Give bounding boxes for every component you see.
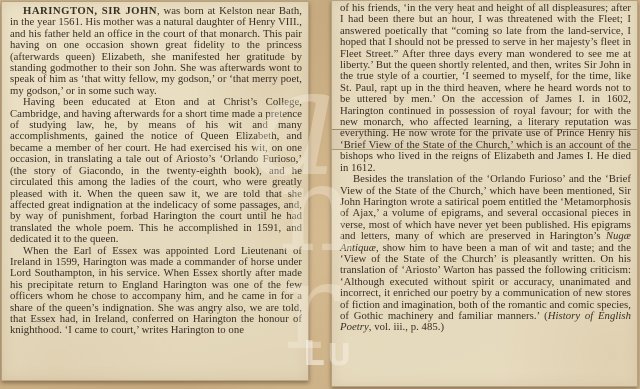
entry-heading: HARINGTON, SIR JOHN (23, 5, 157, 17)
paragraph-court-letter: of his friends, ‘in the very heat and he… (340, 3, 631, 174)
left-column-clipping: HARINGTON, SIR JOHN, was born at Kelston… (1, 1, 309, 381)
paragraph-text: , vol. iii., p. 485.) (369, 321, 444, 333)
paragraph-education: Having been educated at Eton and at Chri… (10, 97, 302, 245)
paragraph-essex-ireland: When the Earl of Essex was appointed Lor… (10, 246, 302, 337)
right-column-clipping: of his friends, ‘in the very heat and he… (331, 0, 638, 387)
scrapbook-page-scan: HARINGTON, SIR JOHN, was born at Kelston… (0, 0, 640, 389)
paragraph-text: , was born at Kelston near Bath, in the … (10, 5, 302, 97)
paragraph-biography-intro: HARINGTON, SIR JOHN, was born at Kelston… (10, 6, 302, 97)
paragraph-works: Besides the translation of the ‘Orlando … (340, 174, 631, 334)
paragraph-text: Besides the translation of the ‘Orlando … (340, 173, 631, 242)
